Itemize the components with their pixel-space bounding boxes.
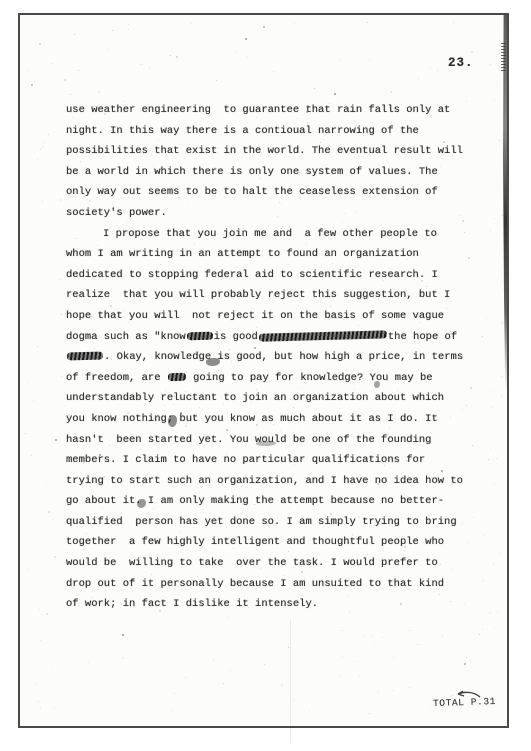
scan-noise-speckle	[231, 361, 232, 362]
scan-noise-speckle	[151, 574, 152, 575]
typed-text-segment: night. In this way there is a contioual …	[66, 125, 419, 137]
scan-noise-speckle	[319, 377, 320, 378]
scan-noise-speckle	[395, 233, 396, 234]
scan-noise-speckle	[236, 52, 237, 53]
scan-noise-speckle	[393, 657, 394, 658]
scan-noise-speckle	[245, 38, 247, 40]
scan-noise-speckle	[376, 649, 377, 650]
scan-noise-speckle	[257, 110, 258, 111]
scan-noise-speckle	[215, 196, 216, 197]
typed-text-segment: trying to start such an organization, an…	[66, 475, 463, 487]
scan-noise-speckle	[86, 533, 87, 534]
scan-noise-speckle	[55, 439, 57, 441]
typed-text-segment: going to pay for knowledge? You may be	[187, 372, 433, 384]
scan-noise-speckle	[450, 536, 451, 537]
typed-text-segment: drop out of it personally because I am u…	[66, 578, 444, 590]
scan-noise-speckle	[111, 359, 112, 360]
typed-text-segment: understandably reluctant to join an orga…	[66, 392, 444, 404]
scan-noise-speckle	[453, 22, 454, 23]
scan-noise-speckle	[482, 629, 483, 630]
scan-noise-speckle	[332, 263, 333, 264]
scan-noise-speckle	[42, 201, 43, 202]
scan-noise-speckle	[226, 527, 227, 528]
scan-noise-speckle	[341, 350, 342, 351]
scan-noise-speckle	[247, 56, 248, 57]
scan-noise-speckle	[309, 711, 310, 712]
scan-noise-speckle	[443, 141, 445, 143]
scan-noise-speckle	[256, 327, 257, 328]
scan-noise-speckle	[178, 197, 180, 199]
scan-noise-speckle	[334, 93, 336, 95]
scan-noise-speckle	[364, 635, 365, 636]
scan-noise-speckle	[40, 149, 41, 150]
scan-noise-speckle	[321, 397, 322, 398]
scan-noise-speckle	[113, 538, 115, 540]
scan-noise-speckle	[367, 22, 368, 23]
scan-noise-speckle	[74, 34, 75, 35]
scan-noise-speckle	[307, 122, 308, 123]
scan-noise-speckle	[354, 661, 355, 662]
scan-noise-speckle	[65, 405, 66, 406]
scan-noise-speckle	[88, 662, 89, 663]
scan-noise-speckle	[51, 667, 52, 668]
scan-noise-speckle	[501, 330, 502, 331]
scan-noise-speckle	[39, 43, 41, 45]
scan-noise-speckle	[343, 222, 344, 223]
scan-noise-speckle	[43, 142, 44, 143]
scan-noise-speckle	[354, 389, 355, 390]
scan-noise-speckle	[141, 626, 142, 627]
scan-noise-speckle	[273, 71, 274, 72]
scan-noise-speckle	[48, 134, 49, 135]
scan-noise-speckle	[496, 458, 497, 459]
scan-noise-speckle	[33, 400, 34, 401]
scan-noise-speckle	[54, 707, 55, 708]
scan-noise-speckle	[180, 412, 182, 414]
scan-noise-speckle	[496, 56, 497, 57]
scan-noise-speckle	[490, 230, 491, 231]
typed-line: drop out of it personally because I am u…	[66, 574, 486, 595]
scan-noise-speckle	[218, 484, 219, 485]
scan-noise-speckle	[212, 360, 213, 361]
scan-noise-speckle	[193, 717, 194, 718]
scan-noise-speckle	[80, 161, 81, 162]
scan-noise-speckle	[176, 56, 178, 58]
scan-noise-speckle	[419, 322, 420, 323]
typed-line: only way out seems to be to halt the cea…	[66, 182, 486, 203]
scan-noise-speckle	[367, 554, 368, 555]
scan-noise-speckle	[288, 551, 289, 552]
scan-noise-speckle	[99, 454, 101, 456]
scan-noise-speckle	[233, 548, 234, 549]
scan-noise-speckle	[170, 55, 171, 56]
fax-footer-label: TOTAL P.31	[433, 696, 496, 709]
scan-noise-speckle	[128, 582, 129, 583]
scan-noise-speckle	[390, 134, 391, 135]
scan-noise-speckle	[389, 427, 390, 428]
typed-line: I propose that you join me and a few oth…	[66, 224, 486, 245]
scan-noise-speckle	[38, 701, 39, 702]
typed-text-segment: hasn't been started yet. You would be on…	[66, 434, 431, 446]
typed-text-segment: would be willing to take over the task. …	[66, 557, 438, 569]
scan-noise-speckle	[437, 70, 438, 71]
scan-noise-speckle	[39, 609, 40, 610]
typed-text-segment: I propose that you join me and a few oth…	[103, 228, 437, 240]
scan-noise-speckle	[128, 29, 129, 30]
typed-text-segment: . Okay, knowledge is good, but how high …	[104, 351, 463, 363]
scan-noise-speckle	[248, 607, 249, 608]
scan-noise-speckle	[500, 553, 501, 554]
scan-noise-speckle	[73, 117, 74, 118]
scan-noise-speckle	[383, 588, 384, 589]
scan-noise-speckle	[109, 445, 110, 446]
scan-noise-speckle	[226, 454, 227, 455]
scan-noise-speckle	[358, 516, 360, 518]
scan-noise-speckle	[108, 357, 109, 358]
scan-noise-speckle	[445, 711, 446, 712]
scan-noise-speckle	[124, 310, 125, 311]
scan-noise-speckle	[31, 455, 32, 456]
scan-noise-speckle	[353, 535, 354, 536]
scan-noise-speckle	[48, 511, 50, 513]
scan-noise-speckle	[331, 28, 332, 29]
scan-noise-speckle	[359, 675, 360, 676]
scan-noise-speckle	[160, 264, 161, 265]
scan-noise-speckle	[288, 644, 289, 645]
typed-text-segment: only way out seems to be to halt the cea…	[66, 186, 438, 198]
scan-noise-speckle	[110, 305, 112, 307]
scan-noise-speckle	[294, 464, 295, 465]
scan-noise-speckle	[384, 465, 385, 466]
scan-noise-speckle	[490, 390, 491, 391]
scan-noise-speckle	[440, 564, 441, 565]
scan-noise-speckle	[97, 245, 98, 246]
scan-streak-ticks	[501, 43, 506, 73]
scan-noise-speckle	[101, 214, 102, 215]
scan-noise-speckle	[390, 91, 392, 93]
scan-noise-speckle	[27, 382, 28, 383]
scan-noise-speckle	[64, 79, 66, 81]
scan-noise-speckle	[61, 376, 62, 377]
scan-noise-speckle	[136, 57, 137, 58]
scan-noise-speckle	[475, 26, 476, 27]
scan-noise-speckle	[418, 78, 419, 79]
scan-noise-speckle	[34, 81, 35, 82]
scan-noise-speckle	[40, 640, 41, 641]
scan-noise-speckle	[149, 67, 150, 68]
scan-noise-speckle	[252, 156, 253, 157]
typed-line: of freedom, are going to pay for knowled…	[66, 368, 486, 389]
scan-noise-speckle	[190, 22, 192, 24]
scan-noise-speckle	[316, 227, 317, 228]
scan-noise-speckle	[217, 148, 218, 149]
scan-noise-speckle	[487, 700, 488, 701]
scan-noise-speckle	[420, 644, 421, 645]
scan-noise-speckle	[54, 93, 55, 94]
scan-noise-speckle	[382, 637, 383, 638]
scan-noise-speckle	[112, 30, 113, 31]
scan-noise-speckle	[273, 158, 274, 159]
scan-noise-speckle	[392, 690, 393, 691]
scan-noise-speckle	[100, 29, 101, 30]
scan-noise-speckle	[497, 611, 498, 612]
scan-noise-speckle	[342, 656, 343, 657]
scan-noise-speckle	[378, 692, 379, 693]
scan-noise-speckle	[490, 64, 491, 65]
scan-noise-speckle	[171, 710, 172, 711]
scan-noise-speckle	[385, 93, 386, 94]
typed-text-segment: is good	[214, 331, 258, 343]
scan-noise-speckle	[40, 707, 41, 708]
scan-noise-speckle	[329, 103, 330, 104]
scan-noise-speckle	[345, 673, 346, 674]
scan-noise-speckle	[156, 278, 157, 279]
scan-noise-speckle	[213, 660, 214, 661]
typed-line: trying to start such an organization, an…	[66, 471, 486, 492]
scan-noise-speckle	[27, 70, 28, 71]
scan-noise-speckle	[241, 566, 242, 567]
scan-noise-speckle	[383, 280, 384, 281]
page-number: 23.	[448, 56, 474, 70]
scan-noise-speckle	[230, 670, 231, 671]
scan-noise-speckle	[164, 709, 165, 710]
scan-noise-speckle	[46, 485, 47, 486]
typed-text-segment: use weather engineering to guarantee tha…	[66, 104, 450, 116]
scan-noise-speckle	[244, 524, 245, 525]
scan-noise-speckle	[174, 693, 175, 694]
scan-noise-speckle	[499, 140, 500, 141]
scan-noise-speckle	[89, 200, 91, 202]
scan-noise-speckle	[272, 673, 273, 674]
typed-line: together a few highly intelligent and th…	[66, 532, 486, 553]
typed-line: realize that you will probably reject th…	[66, 285, 486, 306]
scan-noise-speckle	[326, 576, 327, 577]
scan-noise-speckle	[406, 259, 407, 260]
scan-noise-speckle	[117, 163, 118, 164]
scan-noise-speckle	[179, 422, 180, 423]
scan-noise-speckle	[37, 159, 38, 160]
typed-text-segment: the hope of	[388, 331, 457, 343]
scan-noise-speckle	[140, 64, 141, 65]
typed-text-segment: possibilities that exist in the world. T…	[66, 145, 463, 157]
scan-noise-speckle	[88, 365, 89, 366]
scan-noise-speckle	[328, 256, 329, 257]
scan-noise-speckle	[54, 556, 56, 558]
scan-noise-speckle	[229, 568, 230, 569]
scan-noise-speckle	[494, 99, 495, 100]
scan-noise-speckle	[78, 70, 79, 71]
scan-noise-speckle	[501, 396, 502, 397]
scan-noise-speckle	[417, 644, 418, 645]
scan-noise-speckle	[109, 498, 110, 499]
scan-noise-speckle	[375, 645, 376, 646]
typed-line: dogma such as "knowis goodthe hope of	[66, 327, 486, 348]
scan-noise-speckle	[297, 118, 298, 119]
scan-noise-speckle	[489, 612, 491, 614]
scan-noise-speckle	[51, 63, 52, 64]
scan-noise-speckle	[228, 617, 229, 618]
typed-line: hope that you will not reject it on the …	[66, 306, 486, 327]
scan-noise-speckle	[482, 336, 483, 337]
typed-line: go about it. I am only making the attemp…	[66, 491, 486, 512]
scan-noise-speckle	[441, 470, 443, 472]
scan-noise-speckle	[235, 563, 236, 564]
scan-noise-speckle	[369, 60, 370, 61]
ink-scribble	[259, 330, 387, 341]
typed-line: use weather engineering to guarantee tha…	[66, 100, 486, 121]
scan-noise-speckle	[424, 88, 425, 89]
scan-noise-speckle	[281, 684, 283, 686]
fold-line-artifact	[290, 619, 291, 743]
scan-noise-speckle	[110, 270, 111, 271]
scan-noise-speckle	[452, 695, 453, 696]
scan-noise-speckle	[325, 125, 326, 126]
typed-line: qualified person has yet done so. I am s…	[66, 512, 486, 533]
scan-noise-speckle	[273, 600, 274, 601]
scan-noise-speckle	[102, 507, 103, 508]
scan-noise-speckle	[466, 657, 467, 658]
scan-noise-speckle	[371, 636, 372, 637]
scan-noise-speckle	[48, 604, 49, 605]
scan-noise-speckle	[492, 407, 493, 408]
scan-noise-speckle	[494, 483, 495, 484]
typed-line: . Okay, knowledge is good, but how high …	[66, 347, 486, 368]
scan-noise-speckle	[423, 353, 424, 354]
scan-noise-speckle	[397, 390, 398, 391]
scan-noise-speckle	[450, 417, 451, 418]
scan-noise-speckle	[256, 339, 257, 340]
scan-noise-speckle	[409, 687, 410, 688]
scan-noise-speckle	[374, 626, 375, 627]
scan-noise-speckle	[108, 49, 109, 50]
scan-noise-speckle	[264, 664, 265, 665]
scan-noise-speckle	[85, 397, 86, 398]
scan-noise-speckle	[470, 387, 472, 389]
scan-noise-speckle	[164, 405, 165, 406]
scan-noise-speckle	[433, 711, 434, 712]
typed-text-segment: realize that you will probably reject th…	[66, 289, 450, 301]
scan-noise-speckle	[283, 539, 284, 540]
scan-noise-speckle	[148, 384, 149, 385]
scan-noise-speckle	[67, 552, 68, 553]
scan-noise-speckle	[365, 676, 366, 677]
scan-noise-speckle	[122, 634, 124, 636]
scan-noise-speckle	[59, 279, 60, 280]
scan-noise-speckle	[132, 558, 133, 559]
scan-noise-speckle	[140, 701, 141, 702]
scan-noise-speckle	[25, 688, 26, 689]
typed-text-segment: dedicated to stopping federal aid to sci…	[66, 269, 438, 281]
scan-noise-speckle	[67, 562, 68, 563]
scan-noise-speckle	[254, 347, 256, 349]
scan-noise-speckle	[381, 392, 382, 393]
scan-noise-speckle	[473, 517, 474, 518]
scan-noise-speckle	[26, 141, 27, 142]
scan-noise-speckle	[61, 314, 62, 315]
scan-noise-speckle	[470, 660, 471, 661]
scan-noise-speckle	[270, 509, 271, 510]
scan-noise-speckle	[107, 585, 108, 586]
scan-noise-speckle	[25, 433, 26, 434]
typed-line: society's power.	[66, 203, 486, 224]
scan-noise-speckle	[409, 630, 410, 631]
scan-noise-speckle	[431, 706, 432, 707]
scan-noise-speckle	[502, 215, 503, 216]
scan-noise-speckle	[158, 139, 159, 140]
scan-noise-speckle	[494, 628, 495, 629]
scan-noise-speckle	[365, 559, 366, 560]
scan-noise-speckle	[124, 101, 125, 102]
scan-noise-speckle	[346, 134, 347, 135]
typed-text-segment: be a world in which there is only one sy…	[66, 166, 438, 178]
scan-noise-speckle	[132, 579, 134, 581]
scan-noise-speckle	[223, 683, 224, 684]
scan-noise-speckle	[294, 23, 295, 24]
scan-noise-speckle	[347, 596, 348, 597]
scan-noise-speckle	[372, 153, 373, 154]
typed-text-segment: dogma such as "know	[66, 331, 186, 343]
scan-noise-speckle	[28, 569, 29, 570]
typed-line: possibilities that exist in the world. T…	[66, 141, 486, 162]
scan-noise-speckle	[282, 226, 283, 227]
scan-noise-speckle	[329, 319, 330, 320]
scan-noise-speckle	[198, 355, 199, 356]
scan-noise-speckle	[263, 26, 265, 28]
scan-noise-speckle	[344, 213, 345, 214]
scan-noise-speckle	[351, 653, 352, 654]
scan-noise-speckle	[31, 84, 33, 86]
scan-noise-speckle	[430, 68, 431, 69]
scan-noise-speckle	[199, 407, 200, 408]
scan-noise-speckle	[254, 504, 255, 505]
scan-noise-speckle	[293, 407, 294, 408]
ink-scribble	[67, 352, 103, 361]
scan-noise-speckle	[185, 425, 187, 427]
scan-noise-speckle	[369, 713, 370, 714]
typed-text-segment: of freedom, are	[66, 372, 167, 384]
typed-line: be a world in which there is only one sy…	[66, 162, 486, 183]
scan-noise-speckle	[142, 64, 143, 65]
scan-noise-speckle	[217, 315, 218, 316]
scan-noise-speckle	[289, 239, 290, 240]
scan-noise-speckle	[78, 77, 79, 78]
scan-noise-speckle	[450, 331, 451, 332]
scan-noise-speckle	[340, 675, 341, 676]
typed-line: of work; in fact I dislike it intensely.	[66, 594, 486, 615]
scan-noise-speckle	[442, 636, 443, 637]
scan-noise-speckle	[122, 657, 124, 659]
typed-text-segment: members. I claim to have no particular q…	[66, 454, 425, 466]
scan-noise-speckle	[216, 80, 217, 81]
typed-line: understandably reluctant to join an orga…	[66, 388, 486, 409]
typed-line: members. I claim to have no particular q…	[66, 450, 486, 471]
scan-noise-speckle	[46, 613, 48, 615]
scan-noise-speckle	[283, 575, 284, 576]
scan-noise-speckle	[493, 563, 494, 564]
scan-noise-speckle	[479, 634, 480, 635]
scan-noise-speckle	[243, 250, 244, 251]
scan-noise-speckle	[185, 391, 186, 392]
typed-text-segment: together a few highly intelligent and th…	[66, 536, 444, 548]
scan-noise-speckle	[377, 483, 379, 485]
scan-noise-speckle	[382, 294, 383, 295]
ink-scribble	[168, 372, 186, 380]
scan-noise-speckle	[229, 349, 230, 350]
typed-text-segment: qualified person has yet done so. I am s…	[66, 516, 457, 528]
typed-line: dedicated to stopping federal aid to sci…	[66, 265, 486, 286]
scan-noise-speckle	[83, 333, 84, 334]
scan-noise-speckle	[206, 225, 207, 226]
